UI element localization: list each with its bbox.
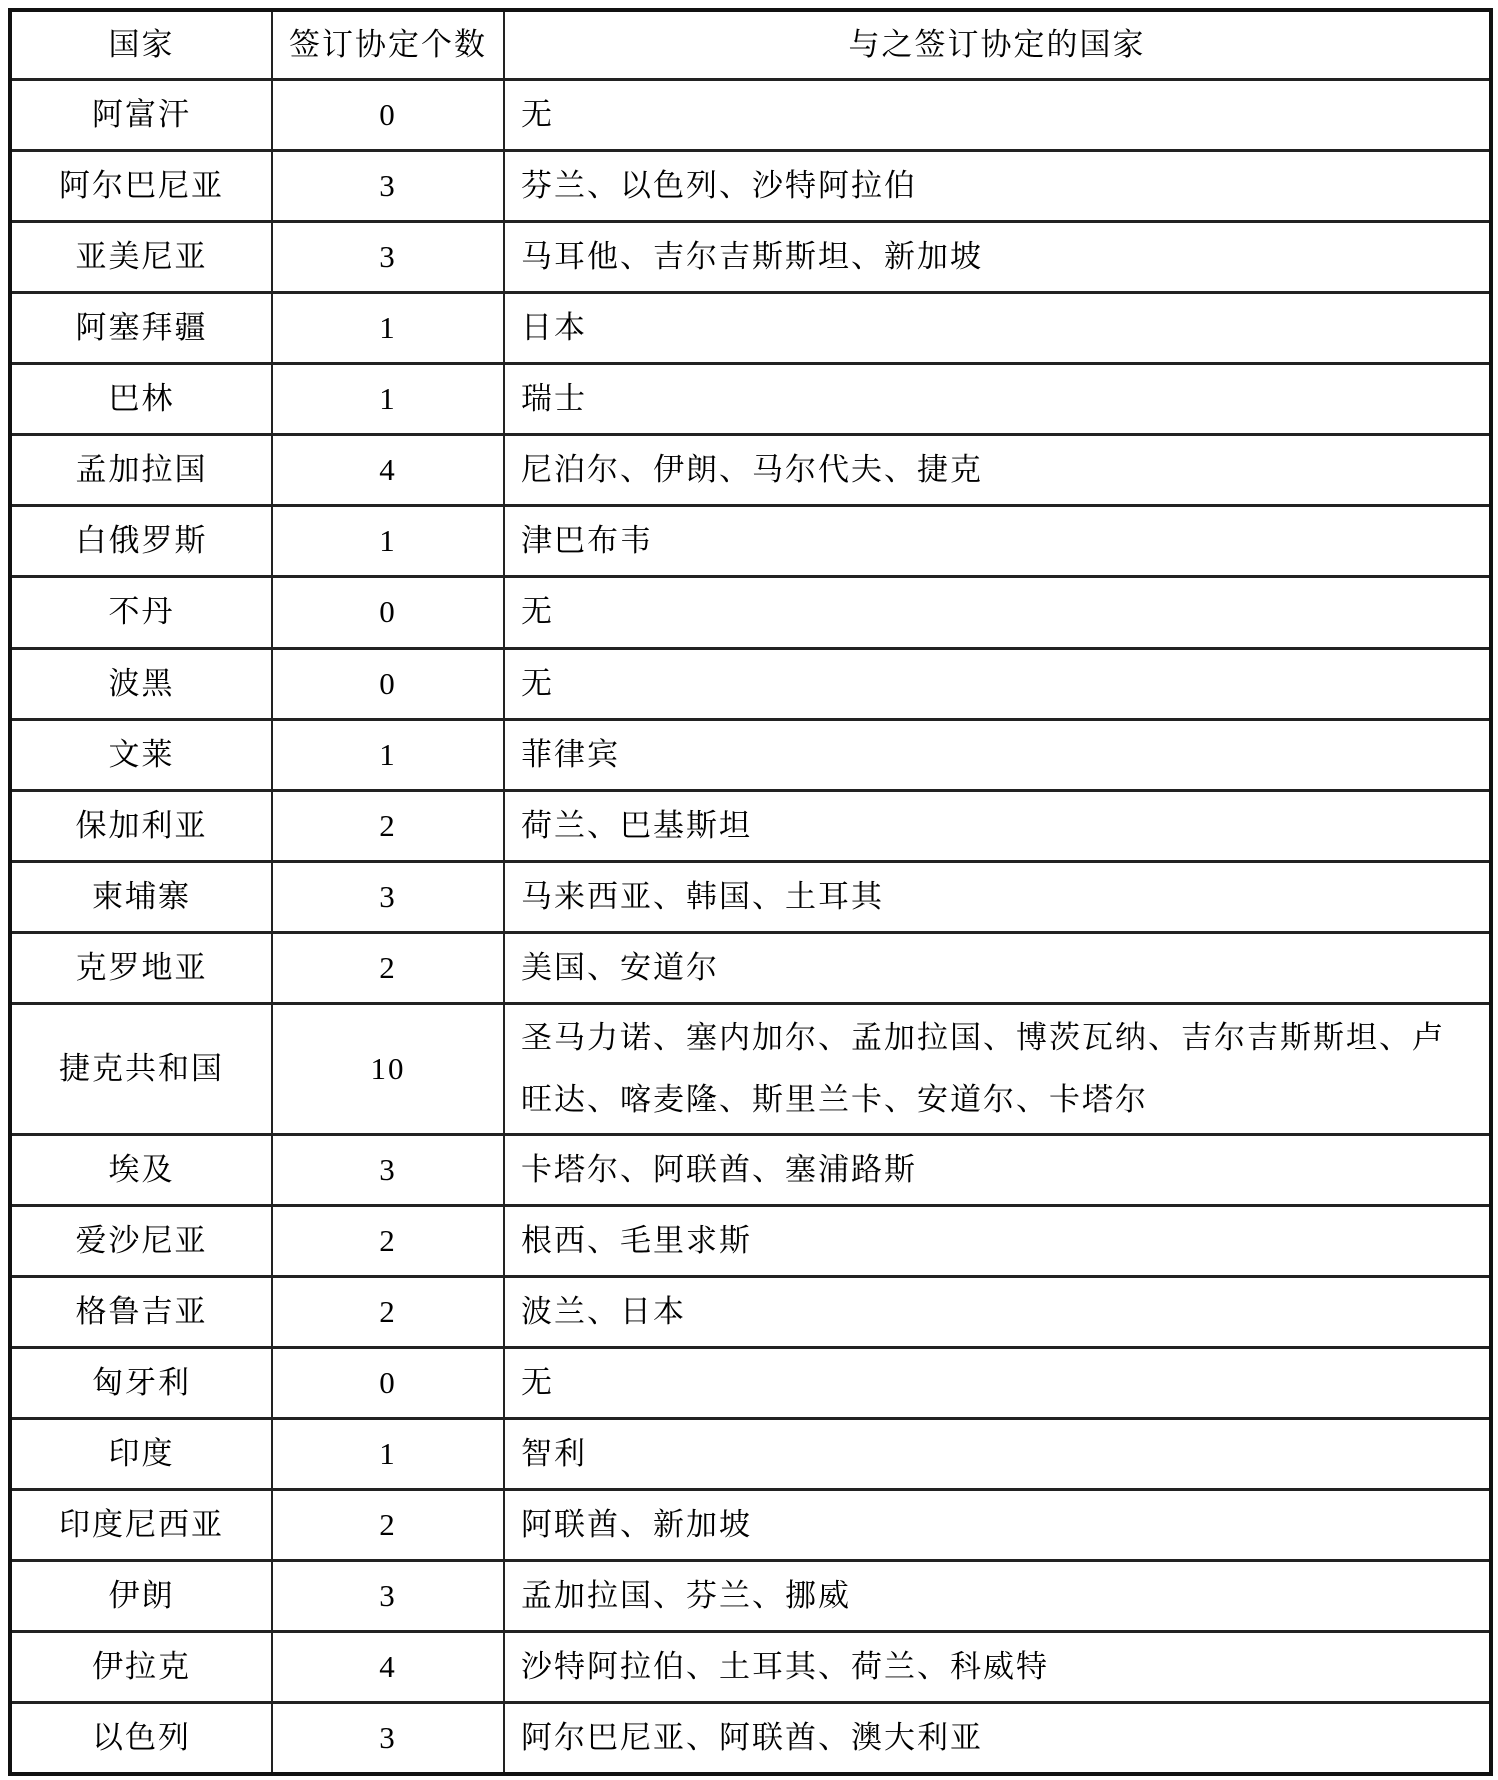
table-row: 印度尼西亚 2 阿联酋、新加坡: [10, 1490, 1491, 1561]
country-cell: 匈牙利: [10, 1348, 272, 1419]
partners-cell: 芬兰、以色列、沙特阿拉伯: [504, 151, 1491, 222]
country-cell: 阿塞拜疆: [10, 293, 272, 364]
partners-cell: 美国、安道尔: [504, 932, 1491, 1003]
count-cell: 2: [272, 1490, 504, 1561]
country-cell: 白俄罗斯: [10, 506, 272, 577]
table-row: 匈牙利 0 无: [10, 1348, 1491, 1419]
partners-cell: 马耳他、吉尔吉斯斯坦、新加坡: [504, 222, 1491, 293]
country-cell: 保加利亚: [10, 790, 272, 861]
count-cell: 1: [272, 293, 504, 364]
table-row: 孟加拉国 4 尼泊尔、伊朗、马尔代夫、捷克: [10, 435, 1491, 506]
count-cell: 10: [272, 1003, 504, 1134]
table-row: 阿尔巴尼亚 3 芬兰、以色列、沙特阿拉伯: [10, 151, 1491, 222]
table-row: 伊朗 3 孟加拉国、芬兰、挪威: [10, 1561, 1491, 1632]
agreements-table: 国家 签订协定个数 与之签订协定的国家 阿富汗 0 无 阿尔巴尼亚 3 芬兰、以…: [8, 8, 1493, 1776]
partners-cell: 日本: [504, 293, 1491, 364]
country-cell: 不丹: [10, 577, 272, 648]
partners-cell: 圣马力诺、塞内加尔、孟加拉国、博茨瓦纳、吉尔吉斯斯坦、卢旺达、喀麦隆、斯里兰卡、…: [504, 1003, 1491, 1134]
document-page: 国家 签订协定个数 与之签订协定的国家 阿富汗 0 无 阿尔巴尼亚 3 芬兰、以…: [0, 0, 1498, 1780]
partners-cell: 尼泊尔、伊朗、马尔代夫、捷克: [504, 435, 1491, 506]
table-row: 印度 1 智利: [10, 1419, 1491, 1490]
partners-cell: 根西、毛里求斯: [504, 1205, 1491, 1276]
country-cell: 埃及: [10, 1134, 272, 1205]
header-partner-countries: 与之签订协定的国家: [504, 10, 1491, 80]
country-cell: 亚美尼亚: [10, 222, 272, 293]
count-cell: 3: [272, 151, 504, 222]
table-body: 阿富汗 0 无 阿尔巴尼亚 3 芬兰、以色列、沙特阿拉伯 亚美尼亚 3 马耳他、…: [10, 80, 1491, 1775]
partners-cell: 卡塔尔、阿联酋、塞浦路斯: [504, 1134, 1491, 1205]
partners-cell: 菲律宾: [504, 719, 1491, 790]
table-row: 保加利亚 2 荷兰、巴基斯坦: [10, 790, 1491, 861]
count-cell: 0: [272, 648, 504, 719]
count-cell: 0: [272, 1348, 504, 1419]
count-cell: 3: [272, 861, 504, 932]
table-row: 不丹 0 无: [10, 577, 1491, 648]
partners-cell: 瑞士: [504, 364, 1491, 435]
count-cell: 4: [272, 435, 504, 506]
table-row: 亚美尼亚 3 马耳他、吉尔吉斯斯坦、新加坡: [10, 222, 1491, 293]
count-cell: 3: [272, 222, 504, 293]
partners-cell: 马来西亚、韩国、土耳其: [504, 861, 1491, 932]
table-row: 巴林 1 瑞士: [10, 364, 1491, 435]
table-row: 克罗地亚 2 美国、安道尔: [10, 932, 1491, 1003]
country-cell: 印度: [10, 1419, 272, 1490]
table-row: 捷克共和国 10 圣马力诺、塞内加尔、孟加拉国、博茨瓦纳、吉尔吉斯斯坦、卢旺达、…: [10, 1003, 1491, 1134]
count-cell: 0: [272, 577, 504, 648]
table-header-row: 国家 签订协定个数 与之签订协定的国家: [10, 10, 1491, 80]
partners-cell: 阿尔巴尼亚、阿联酋、澳大利亚: [504, 1703, 1491, 1774]
country-cell: 阿富汗: [10, 80, 272, 151]
partners-cell: 无: [504, 80, 1491, 151]
table-row: 柬埔寨 3 马来西亚、韩国、土耳其: [10, 861, 1491, 932]
table-row: 伊拉克 4 沙特阿拉伯、土耳其、荷兰、科威特: [10, 1632, 1491, 1703]
count-cell: 3: [272, 1703, 504, 1774]
count-cell: 1: [272, 364, 504, 435]
count-cell: 2: [272, 1205, 504, 1276]
count-cell: 1: [272, 719, 504, 790]
country-cell: 克罗地亚: [10, 932, 272, 1003]
count-cell: 3: [272, 1561, 504, 1632]
count-cell: 1: [272, 1419, 504, 1490]
table-row: 以色列 3 阿尔巴尼亚、阿联酋、澳大利亚: [10, 1703, 1491, 1774]
partners-cell: 无: [504, 1348, 1491, 1419]
partners-cell: 无: [504, 577, 1491, 648]
count-cell: 2: [272, 790, 504, 861]
table-row: 文莱 1 菲律宾: [10, 719, 1491, 790]
country-cell: 孟加拉国: [10, 435, 272, 506]
table-row: 爱沙尼亚 2 根西、毛里求斯: [10, 1205, 1491, 1276]
count-cell: 1: [272, 506, 504, 577]
country-cell: 阿尔巴尼亚: [10, 151, 272, 222]
table-row: 阿富汗 0 无: [10, 80, 1491, 151]
table-row: 白俄罗斯 1 津巴布韦: [10, 506, 1491, 577]
partners-cell: 波兰、日本: [504, 1277, 1491, 1348]
country-cell: 伊拉克: [10, 1632, 272, 1703]
country-cell: 爱沙尼亚: [10, 1205, 272, 1276]
count-cell: 2: [272, 1277, 504, 1348]
partners-cell: 沙特阿拉伯、土耳其、荷兰、科威特: [504, 1632, 1491, 1703]
partners-cell: 无: [504, 648, 1491, 719]
table-row: 埃及 3 卡塔尔、阿联酋、塞浦路斯: [10, 1134, 1491, 1205]
count-cell: 4: [272, 1632, 504, 1703]
country-cell: 文莱: [10, 719, 272, 790]
partners-cell: 荷兰、巴基斯坦: [504, 790, 1491, 861]
count-cell: 0: [272, 80, 504, 151]
country-cell: 巴林: [10, 364, 272, 435]
country-cell: 以色列: [10, 1703, 272, 1774]
table-row: 格鲁吉亚 2 波兰、日本: [10, 1277, 1491, 1348]
count-cell: 2: [272, 932, 504, 1003]
country-cell: 伊朗: [10, 1561, 272, 1632]
partners-cell: 智利: [504, 1419, 1491, 1490]
partners-cell: 阿联酋、新加坡: [504, 1490, 1491, 1561]
header-agreement-count: 签订协定个数: [272, 10, 504, 80]
country-cell: 柬埔寨: [10, 861, 272, 932]
partners-cell: 孟加拉国、芬兰、挪威: [504, 1561, 1491, 1632]
country-cell: 印度尼西亚: [10, 1490, 272, 1561]
country-cell: 捷克共和国: [10, 1003, 272, 1134]
count-cell: 3: [272, 1134, 504, 1205]
partners-cell: 津巴布韦: [504, 506, 1491, 577]
table-row: 波黑 0 无: [10, 648, 1491, 719]
country-cell: 格鲁吉亚: [10, 1277, 272, 1348]
table-row: 阿塞拜疆 1 日本: [10, 293, 1491, 364]
header-country: 国家: [10, 10, 272, 80]
country-cell: 波黑: [10, 648, 272, 719]
